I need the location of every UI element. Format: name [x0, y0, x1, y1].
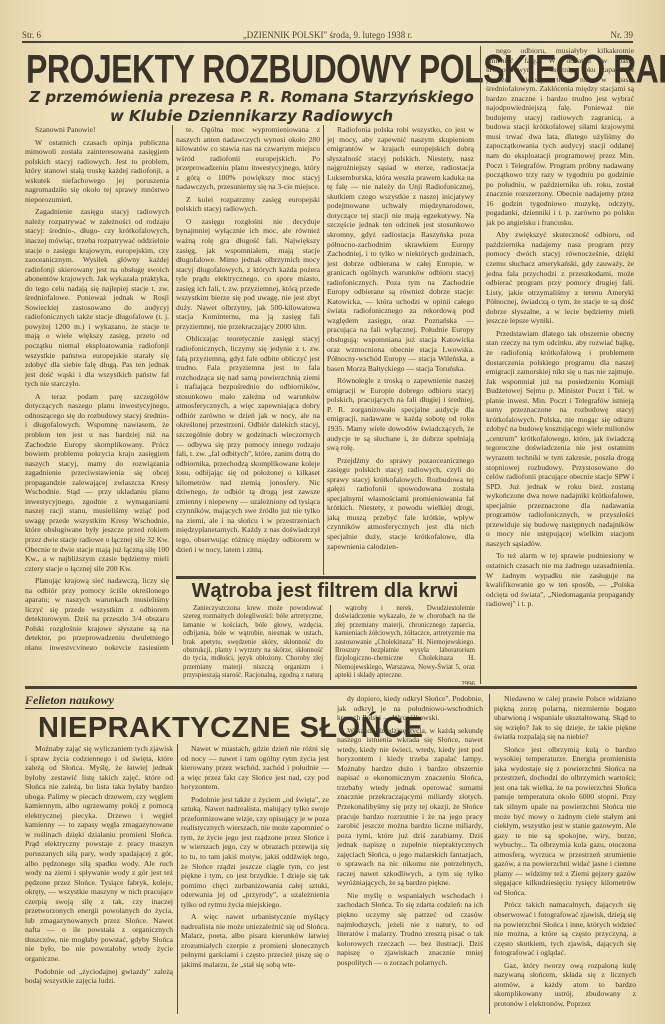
article1-column-2: te. Ogólna moc wypromieniowana z naszych…: [176, 125, 320, 580]
column-rule: [323, 125, 324, 575]
column-rule: [489, 694, 490, 1014]
paragraph: Nie myślę o wspaniałych wschodach i zach…: [337, 891, 483, 967]
article1-column-1: Szanowni Panowie!W ostatnich czasach opi…: [25, 125, 169, 650]
article-subtitle-2: w Klubie Dziennikarzy Radiowych: [24, 107, 479, 125]
ad-number: 2996: [335, 681, 475, 685]
paragraph: Zagadnienie zasięgu stacyj radiowych nal…: [25, 207, 169, 388]
paragraph: Obliczając teoretycznie zasięgi stacyj r…: [176, 334, 320, 554]
paragraph: A więc nawet urbanistycznie myślący nadr…: [181, 912, 329, 969]
paragraph: Aby zwiększyć skuteczność odbioru, od pa…: [486, 230, 634, 325]
paragraph: Z kolei rozpatrzmy zasięg europejski pol…: [176, 195, 320, 214]
masthead: „DZIENNIK POLSKI" środa, 9. lutego 1938 …: [22, 30, 633, 40]
article3-column-2: Nawet w miastach, gdzie dzień nie różni …: [181, 744, 329, 1024]
column-rule: [480, 46, 481, 684]
article-title-liver: Wątroba jest filtrem dla krwi: [170, 580, 480, 603]
paragraph: Podobnie od „życiodajnej gwiazdy" zależą…: [25, 967, 173, 986]
article3-column-3: dy dopiero, kiedy odkrył Słońce". Podobn…: [337, 694, 483, 1024]
section-divider: [176, 576, 476, 579]
paragraph: Możnaby zająć się wyliczaniem tych zjawi…: [25, 744, 173, 964]
paragraph: To też alarm w tej sprawie podniesiony w…: [486, 551, 634, 608]
column-rule: [177, 744, 178, 1014]
paragraph: O zasięgu rozgłośni nie decyduje bynajmn…: [176, 217, 320, 332]
paragraph: Gaz, który tworzy ową rozpaloną kulę naz…: [494, 961, 636, 1009]
paragraph: Planując krajową sieć nadawczą, liczy si…: [25, 576, 169, 650]
article1-column-3: Radiofonia polska robi wszystko, co jest…: [327, 125, 474, 580]
paragraph: Prócz takich namacalnych, dających się o…: [494, 900, 636, 957]
paragraph: Niedawno w całej prawie Polsce widziano …: [494, 694, 636, 742]
section-divider: [25, 686, 637, 689]
paragraph: Podobnie jest także z życiem „od święta"…: [181, 795, 329, 910]
article2-column-2: wątroby i nerek. Dwudziestoletnie doświa…: [335, 605, 475, 685]
article2-column-1: Zanieczyszczona krew może powodować szer…: [183, 605, 323, 680]
article-title-radio: PROJEKTY ROZBUDOWY POLSKIEGO RADIA: [26, 46, 476, 92]
paragraph: Słońce jest olbrzymią kulą o bardzo wyso…: [494, 745, 636, 898]
paragraph: Równolegle z troską o zapewnienie naszej…: [327, 376, 474, 452]
column-rule: [172, 125, 173, 645]
article3-column-4: Niedawno w całej prawie Polsce widziano …: [494, 694, 636, 1024]
paragraph: W każdą dziedzinę życia, w każdą sekundę…: [337, 726, 483, 888]
column-rule: [330, 605, 331, 680]
page-header: Str. 6 „DZIENNIK POLSKI" środa, 9. luteg…: [22, 26, 633, 43]
paragraph: Przejdźmy do sprawy pozaoceanicznego zas…: [327, 456, 474, 551]
newspaper-page: Str. 6 „DZIENNIK POLSKI" środa, 9. luteg…: [0, 0, 665, 1024]
article-subtitle-1: Z przemówienia prezesa P. R. Romana Star…: [24, 88, 479, 106]
paragraph: Szanowni Panowie!: [25, 125, 169, 135]
paragraph: A teraz podam parę szczegółów dotyczącyc…: [25, 392, 169, 573]
paragraph: nego odbioru, musiałyby kilkakrotnie zmi…: [486, 46, 634, 227]
paragraph: Radiofonia polska robi wszystko, co jest…: [327, 125, 474, 373]
article-kicker: Felieton naukowy: [25, 693, 114, 709]
article1-column-4: nego odbioru, musiałyby kilkakrotnie zmi…: [486, 46, 634, 682]
paragraph: dy dopiero, kiedy odkrył Słońce". Podobn…: [337, 694, 483, 723]
article3-column-1: Możnaby zająć się wyliczaniem tych zjawi…: [25, 744, 173, 1024]
paragraph: te. Ogólna moc wypromieniowana z naszych…: [176, 125, 320, 192]
paragraph: W ostatnich czasach opinja publiczna mim…: [25, 138, 169, 205]
paragraph: Przedstawiam dlatego tak obszernie obecn…: [486, 329, 634, 549]
paragraph: Nawet w miastach, gdzie dzień nie różni …: [181, 744, 329, 792]
